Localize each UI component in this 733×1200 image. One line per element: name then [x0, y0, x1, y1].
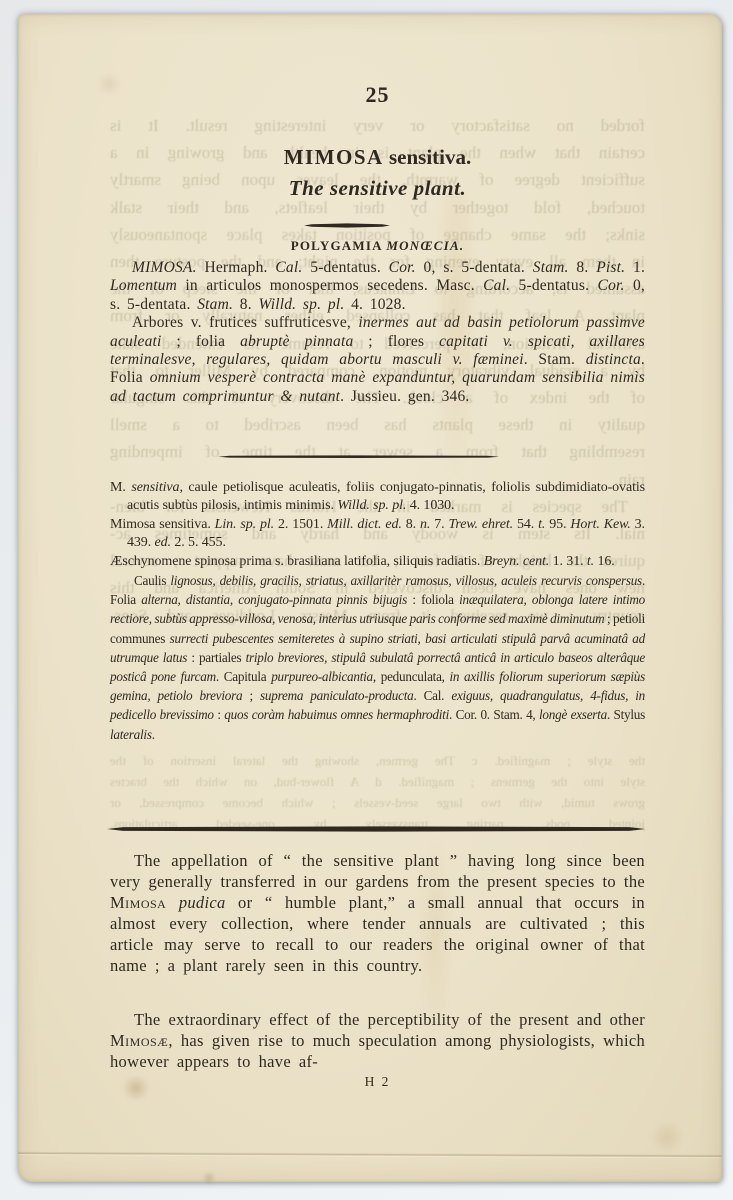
latin-description-paragraph: Caulis lignosus, debilis, gracilis, stri…: [110, 571, 645, 744]
genus-section: MIMOSA. Hermaph. Cal. 5-dentatus. Cor. 0…: [110, 259, 645, 406]
genus-description-paragraph: Arbores v. frutices suffruticesve, inerm…: [110, 314, 645, 406]
english-commentary-2: The extraordinary effect of the percepti…: [110, 1009, 645, 1072]
species-synonymy-linnaeus: Mimosa sensitiva. Lin. sp. pl. 2. 1501. …: [110, 516, 645, 553]
section-rule-thin: [218, 455, 499, 458]
species-section: M. sensitiva, caule petiolisque aculeati…: [110, 479, 645, 744]
taxonomy-order: MONŒCIA.: [386, 238, 464, 253]
foxing-spot: [650, 1122, 684, 1152]
body-paragraph-appellation: The appellation of “ the sensitive plant…: [110, 850, 645, 976]
article-title: MIMOSA sensitiva.: [110, 145, 645, 170]
article-subtitle: The sensitive plant.: [110, 176, 645, 201]
foxing-spot: [201, 1172, 217, 1184]
english-commentary-1: The appellation of “ the sensitive plant…: [110, 850, 645, 976]
paper-sheet: forded no satisfactory or very interesti…: [18, 14, 722, 1182]
title-species: sensitiva.: [389, 145, 471, 169]
taxonomy-class: POLYGAMIA: [291, 238, 382, 253]
species-synonymy-breynius: Æschynomene spinosa prima s. brasiliana …: [110, 553, 645, 571]
scan-background: forded no satisfactory or very interesti…: [0, 0, 733, 1200]
genus-diagnosis-paragraph: MIMOSA. Hermaph. Cal. 5-dentatus. Cor. 0…: [110, 259, 645, 314]
species-synonymy-willdenow: M. sensitiva, caule petiolisque aculeati…: [110, 479, 645, 516]
body-paragraph-perceptibility: The extraordinary effect of the percepti…: [110, 1009, 645, 1072]
taxonomy-heading: POLYGAMIA MONŒCIA.: [110, 238, 645, 254]
section-rule-thick: [107, 826, 645, 832]
title-genus: MIMOSA: [284, 145, 384, 169]
signature-mark: H 2: [110, 1074, 645, 1090]
paper-crease: [18, 1151, 722, 1158]
ornament-rule-short: [304, 223, 390, 228]
show-through-text-bottom: the style ; magnified. c The germen, sho…: [110, 750, 645, 834]
screenshot-root: { "colors":{ "bg":"#e9edf0", "paper":"#e…: [0, 0, 733, 1200]
page-number: 25: [110, 82, 645, 108]
